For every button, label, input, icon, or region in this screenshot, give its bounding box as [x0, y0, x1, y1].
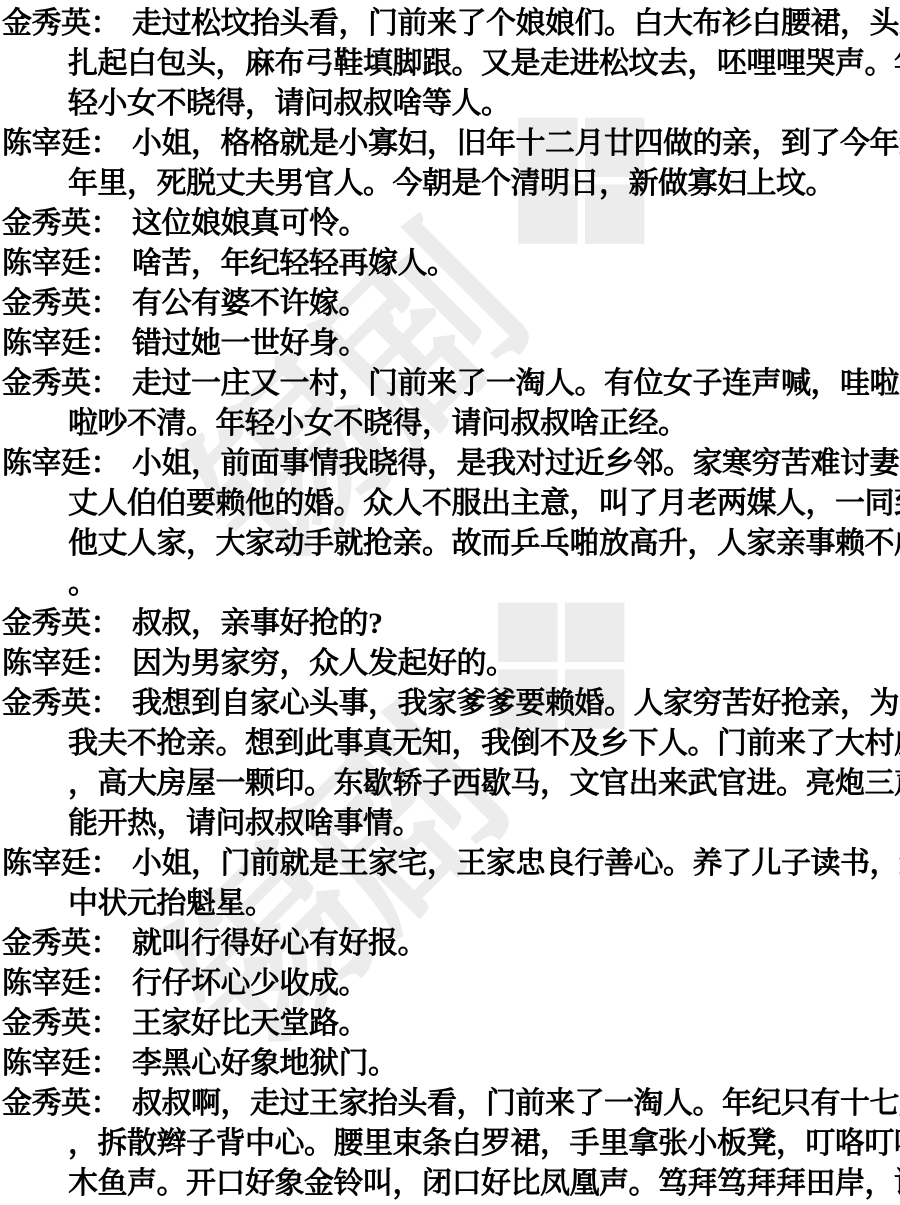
speaker-name: 金秀英	[2, 1007, 91, 1040]
speaker-colon: ：	[91, 1047, 121, 1080]
dialogue-line-cont: ，拆散辫子背中心。腰里束条白罗裙，手里拿张小板凳，叮咯叮咯	[2, 1124, 900, 1164]
speaker-colon: ：	[91, 1007, 121, 1040]
dialogue-text: 李黑心好象地狱门。	[132, 1047, 398, 1080]
speaker-colon: ：	[91, 7, 121, 40]
dialogue-line-cont: 能开热，请问叔叔啥事情。	[2, 804, 900, 844]
dialogue-text: 走过松坟抬头看，门前来了个娘娘们。白大布衫白腰裙，头上	[132, 7, 900, 40]
dialogue-line-cont: 。	[2, 564, 900, 604]
dialogue-text: 叔叔，亲事好抢的?	[132, 607, 383, 640]
speaker-name: 陈宰廷	[2, 647, 91, 680]
dialogue-text: 错过她一世好身。	[132, 327, 368, 360]
speaker-name: 陈宰廷	[2, 127, 91, 160]
dialogue-line-first: 金秀英：这位娘娘真可怜。	[2, 204, 900, 244]
dialogue-line-first: 陈宰廷：错过她一世好身。	[2, 324, 900, 364]
dialogue-line-first: 陈宰廷：小姐，门前就是王家宅，王家忠良行善心。养了儿子读书，新	[2, 844, 900, 884]
dialogue-line-first: 陈宰廷：李黑心好象地狱门。	[2, 1044, 900, 1084]
dialogue-text: 啥苦，年纪轻轻再嫁人。	[132, 247, 457, 280]
speaker-colon: ：	[91, 247, 121, 280]
dialogue-line-cont: 年里，死脱丈夫男官人。今朝是个清明日，新做寡妇上坟。	[2, 164, 900, 204]
dialogue-line-first: 陈宰廷：行仔坏心少收成。	[2, 964, 900, 1004]
speaker-name: 金秀英	[2, 1087, 91, 1120]
dialogue-text: 叔叔啊，走过王家抬头看，门前来了一淘人。年纪只有十七八	[132, 1087, 900, 1120]
speaker-colon: ：	[91, 447, 121, 480]
dialogue-text: 行仔坏心少收成。	[132, 967, 368, 1000]
speaker-colon: ：	[91, 287, 121, 320]
dialogue-line-cont: 木鱼声。开口好象金铃叫，闭口好比凤凰声。笃拜笃拜拜田岸，请	[2, 1164, 900, 1204]
speaker-name: 金秀英	[2, 207, 91, 240]
dialogue-line-first: 陈宰廷：因为男家穷，众人发起好的。	[2, 644, 900, 684]
speaker-name: 陈宰廷	[2, 1047, 91, 1080]
dialogue-line-first: 金秀英：就叫行得好心有好报。	[2, 924, 900, 964]
dialogue-text: 小姐，前面事情我晓得，是我对过近乡邻。家寒穷苦难讨妻，	[132, 447, 900, 480]
speaker-colon: ：	[91, 927, 121, 960]
dialogue-line-cont: 中状元抬魁星。	[2, 884, 900, 924]
dialogue-text: 有公有婆不许嫁。	[132, 287, 368, 320]
speaker-name: 金秀英	[2, 927, 91, 960]
dialogue-line-cont: 轻小女不晓得，请问叔叔啥等人。	[2, 84, 900, 124]
speaker-name: 陈宰廷	[2, 247, 91, 280]
speaker-name: 金秀英	[2, 7, 91, 40]
dialogue-line-first: 陈宰廷：小姐，格格就是小寡妇，旧年十二月廿四做的亲，到了今年新	[2, 124, 900, 164]
dialogue-text: 小姐，格格就是小寡妇，旧年十二月廿四做的亲，到了今年新	[132, 127, 900, 160]
speaker-name: 金秀英	[2, 607, 91, 640]
dialogue-line-cont: 扎起白包头，麻布弓鞋填脚跟。又是走进松坟去，呸哩哩哭声。年	[2, 44, 900, 84]
dialogue-line-first: 金秀英：王家好比天堂路。	[2, 1004, 900, 1044]
dialogue-line-first: 金秀英：有公有婆不许嫁。	[2, 284, 900, 324]
speaker-name: 金秀英	[2, 287, 91, 320]
speaker-colon: ：	[91, 967, 121, 1000]
speaker-colon: ：	[91, 367, 121, 400]
speaker-name: 金秀英	[2, 367, 91, 400]
dialogue-text: 王家好比天堂路。	[132, 1007, 368, 1040]
speaker-colon: ：	[91, 127, 121, 160]
dialogue-line-first: 金秀英：叔叔，亲事好抢的?	[2, 604, 900, 644]
speaker-colon: ：	[91, 647, 121, 680]
dialogue-text: 这位娘娘真可怜。	[132, 207, 368, 240]
speaker-name: 陈宰廷	[2, 327, 91, 360]
speaker-colon: ：	[91, 327, 121, 360]
dialogue-line-first: 陈宰廷：啥苦，年纪轻轻再嫁人。	[2, 244, 900, 284]
dialogue-line-cont: 丈人伯伯要赖他的婚。众人不服出主意，叫了月老两媒人，一同到	[2, 484, 900, 524]
dialogue-line-cont: 啦吵不清。年轻小女不晓得，请问叔叔啥正经。	[2, 404, 900, 444]
speaker-colon: ：	[91, 207, 121, 240]
dialogue-text: 小姐，门前就是王家宅，王家忠良行善心。养了儿子读书，新	[132, 847, 900, 880]
dialogue-line-first: 金秀英：我想到自家心头事，我家爹爹要赖婚。人家穷苦好抢亲，为啥	[2, 684, 900, 724]
dialogue-line-first: 陈宰廷：小姐，前面事情我晓得，是我对过近乡邻。家寒穷苦难讨妻，	[2, 444, 900, 484]
dialogue-text: 我想到自家心头事，我家爹爹要赖婚。人家穷苦好抢亲，为啥	[132, 687, 900, 720]
speaker-colon: ：	[91, 1087, 121, 1120]
dialogue-line-first: 金秀英：走过松坟抬头看，门前来了个娘娘们。白大布衫白腰裙，头上	[2, 4, 900, 44]
script-text: 金秀英：走过松坟抬头看，门前来了个娘娘们。白大布衫白腰裙，头上扎起白包头，麻布弓…	[0, 0, 900, 1204]
dialogue-text: 因为男家穷，众人发起好的。	[132, 647, 516, 680]
speaker-colon: ：	[91, 847, 121, 880]
dialogue-line-first: 金秀英：走过一庄又一村，门前来了一淘人。有位女子连声喊，哇啦哇	[2, 364, 900, 404]
speaker-name: 金秀英	[2, 687, 91, 720]
speaker-colon: ：	[91, 607, 121, 640]
speaker-name: 陈宰廷	[2, 847, 91, 880]
dialogue-line-first: 金秀英：叔叔啊，走过王家抬头看，门前来了一淘人。年纪只有十七八	[2, 1084, 900, 1124]
speaker-name: 陈宰廷	[2, 967, 91, 1000]
speaker-name: 陈宰廷	[2, 447, 91, 480]
dialogue-text: 就叫行得好心有好报。	[132, 927, 427, 960]
speaker-colon: ：	[91, 687, 121, 720]
dialogue-line-cont: 我夫不抢亲。想到此事真无知，我倒不及乡下人。门前来了大村庄	[2, 724, 900, 764]
dialogue-line-cont: 他丈人家，大家动手就抢亲。故而乒乓啪放高升，人家亲事赖不成	[2, 524, 900, 564]
dialogue-line-cont: ，高大房屋一颗印。东歇轿子西歇马，文官出来武官进。亮炮三声	[2, 764, 900, 804]
dialogue-text: 走过一庄又一村，门前来了一淘人。有位女子连声喊，哇啦哇	[132, 367, 900, 400]
